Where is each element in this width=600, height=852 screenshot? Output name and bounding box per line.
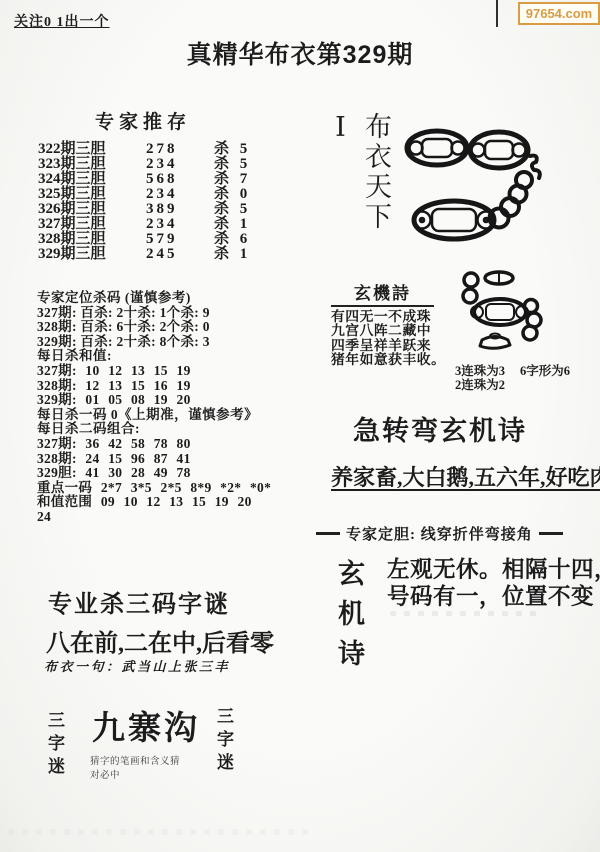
answer-hint: 猜字的笔画和含义猜: [90, 753, 180, 767]
period-cell: 328期三胆: [38, 232, 146, 247]
sum-range-line: 和值范围 09 10 12 13 15 19 20 24: [37, 495, 272, 524]
bead-legend-line: 2连珠为2: [455, 375, 505, 393]
poem-line: 猪年如意获丰收。: [331, 353, 434, 367]
period-cell: 327期三胆: [38, 217, 146, 232]
expert-row: 325期三胆 234 杀 0: [38, 187, 258, 202]
three-char-label-right: 三字迷: [211, 707, 236, 776]
kill-line: 328期: 12 13 15 16 19: [37, 379, 272, 394]
two-code-title: 每日杀二码组合:: [37, 422, 272, 437]
period-cell: 325期三胆: [38, 187, 146, 202]
dingdan-heading: 专家定胆: 线穿折伴弯接角: [316, 523, 564, 544]
period-cell: 324期三胆: [38, 172, 146, 187]
expert-row: 327期三胆 234 杀 1: [38, 217, 258, 232]
scan-page: 关注0 1出一个 97654.com 真精华布衣第329期 专家推存 322期三…: [0, 0, 600, 852]
kill-line: 327期: 百杀: 2十杀: 1个杀: 9: [37, 306, 272, 321]
digits-cell: 234: [146, 217, 200, 232]
expert-row: 328期三胆 579 杀 6: [38, 232, 258, 247]
answer-hint: 对必中: [90, 767, 120, 781]
xuanji-line: 号码有一，位置不变: [387, 583, 600, 610]
expert-list-title: 专家推存: [30, 107, 256, 134]
period-cell: 323期三胆: [38, 157, 146, 172]
page-title: 真精华布衣第329期: [0, 35, 600, 71]
rule-left: [316, 532, 340, 535]
kill-cell: 杀 5: [214, 202, 247, 217]
poem-line: 九宫八阵二藏中: [331, 324, 434, 338]
expert-row: 326期三胆 389 杀 5: [38, 202, 258, 217]
eight-riddle-line: 八在前,二在中,后看零: [46, 623, 274, 658]
top-note: 关注0 1出一个: [14, 11, 110, 31]
turn-poem-title: 急转弯玄机诗: [300, 409, 580, 448]
kill-line: 329胆: 41 30 28 49 78: [37, 466, 272, 481]
kill-section: 专家定位杀码 (谨慎参考) 327期: 百杀: 2十杀: 1个杀: 9 328期…: [37, 291, 272, 525]
kill-line: 327期: 36 42 58 78 80: [37, 437, 272, 452]
kill-cell: 杀 6: [214, 232, 247, 247]
period-cell: 329期三胆: [38, 247, 146, 262]
digits-cell: 568: [146, 172, 200, 187]
legend-2lianzhu: 2连珠为2: [455, 378, 505, 392]
xuanji-lines: 左观无休。相隔十四， 号码有一，位置不变: [387, 556, 600, 610]
bead-chain-sketch-1: [402, 128, 547, 240]
three-char-label-left: 三字迷: [42, 711, 67, 780]
period-cell: 326期三胆: [38, 202, 146, 217]
mystic-poem: 玄機詩 有四无一不成珠 九宫八阵二藏中 四季呈祥羊跃来 猪年如意获丰收。: [331, 279, 434, 368]
digits-cell: 579: [146, 232, 200, 247]
expert-list: 322期三胆 278 杀 5 323期三胆 234 杀 5 324期三胆 568…: [38, 142, 258, 262]
buyi-quote: 布衣一句：武当山上张三丰: [44, 656, 230, 675]
kill3-title: 专业杀三码字谜: [48, 584, 230, 619]
kill-cell: 杀 1: [214, 217, 247, 232]
sum-kill-title: 每日杀和值:: [37, 349, 272, 364]
legend-6zixing: 6字形为6: [520, 364, 570, 378]
kill-line: 328期: 24 15 96 87 41: [37, 452, 272, 467]
xuanji-line: 左观无休。相隔十四，: [387, 556, 600, 583]
kill-cell: 杀 1: [214, 247, 247, 262]
dingdan-heading-text: 专家定胆: 线穿折伴弯接角: [346, 523, 533, 544]
kill-line: 329期: 01 05 08 19 20: [37, 393, 272, 408]
expert-row: 329期三胆 245 杀 1: [38, 247, 258, 262]
digits-cell: 234: [146, 187, 200, 202]
expert-row: 323期三胆 234 杀 5: [38, 157, 258, 172]
xuanji-vertical-label: 玄机诗: [330, 559, 369, 689]
kill-line: 328期: 百杀: 6十杀: 2个杀: 0: [37, 320, 272, 335]
digits-cell: 245: [146, 247, 200, 262]
rule-right: [539, 532, 563, 535]
bead-chain-sketch-2: [458, 266, 553, 354]
expert-row: 322期三胆 278 杀 5: [38, 142, 258, 157]
corner-tick-line: [496, 0, 498, 27]
three-char-answer: 九寨沟: [92, 702, 200, 749]
faint-footer-artifact: [8, 829, 308, 835]
turn-poem-line: 养家畜,大白鹅,五六年,好吃肉: [331, 461, 600, 492]
kill-section-heading: 专家定位杀码 (谨慎参考): [37, 291, 272, 306]
brand-vertical-label: 布衣天下Ⅰ: [325, 112, 396, 262]
expert-row: 324期三胆 568 杀 7: [38, 172, 258, 187]
faint-text-artifact: [390, 611, 540, 616]
period-cell: 322期三胆: [38, 142, 146, 157]
kill-cell: 杀 7: [214, 172, 247, 187]
digits-cell: 389: [146, 202, 200, 217]
kill-cell: 杀 0: [214, 187, 247, 202]
mystic-poem-title: 玄機詩: [331, 279, 434, 307]
digits-cell: 234: [146, 157, 200, 172]
kill-line: 327期: 10 12 13 15 19: [37, 364, 272, 379]
digits-cell: 278: [146, 142, 200, 157]
site-badge[interactable]: 97654.com: [518, 2, 600, 25]
kill-cell: 杀 5: [214, 142, 247, 157]
kill-cell: 杀 5: [214, 157, 247, 172]
